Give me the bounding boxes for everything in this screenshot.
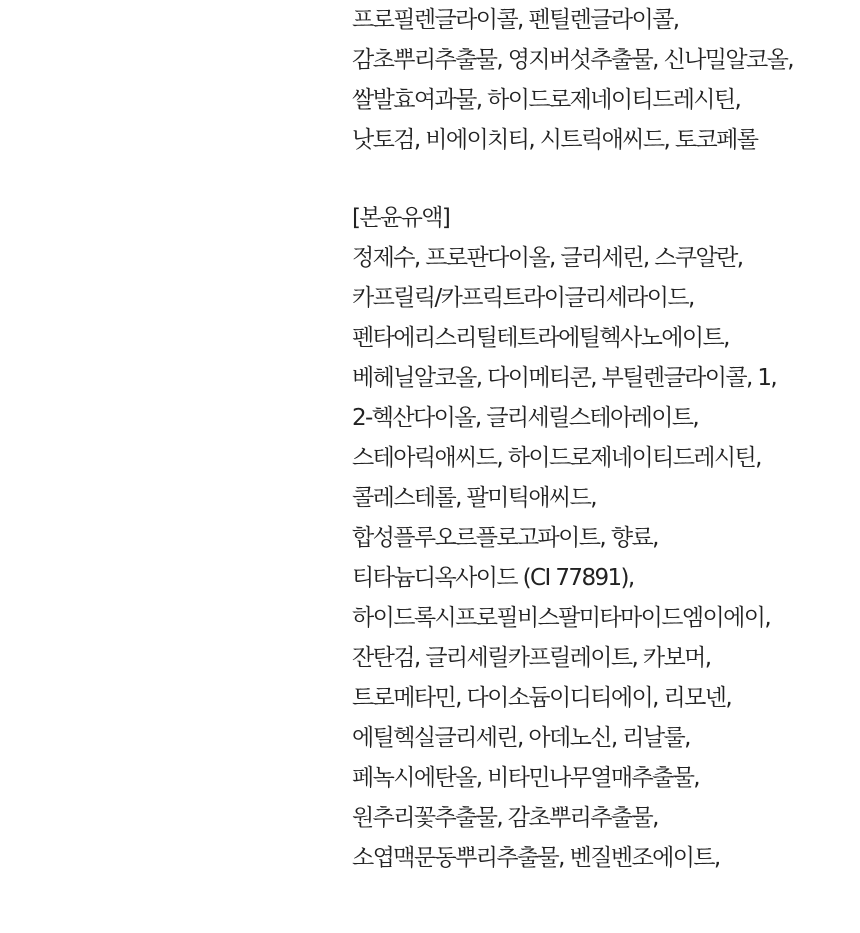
ingredient-section-1: 프로필렌글라이콜, 펜틸렌글라이콜, 감초뿌리추출물, 영지버섯추출물, 신나밀… bbox=[352, 0, 852, 160]
ingredient-line: 에틸헥실글리세린, 아데노신, 리날룰, bbox=[352, 718, 852, 758]
ingredient-line: 카프릴릭/카프릭트라이글리세라이드, bbox=[352, 278, 852, 318]
ingredient-line: 정제수, 프로판다이올, 글리세린, 스쿠알란, bbox=[352, 238, 852, 278]
ingredients-text: 프로필렌글라이콜, 펜틸렌글라이콜, 감초뿌리추출물, 영지버섯추출물, 신나밀… bbox=[352, 0, 852, 878]
ingredient-line: 하이드록시프로필비스팔미타마이드엠이에이, bbox=[352, 598, 852, 638]
ingredient-line: 잔탄검, 글리세릴카프릴레이트, 카보머, bbox=[352, 638, 852, 678]
ingredient-line: 합성플루오르플로고파이트, 향료, bbox=[352, 518, 852, 558]
section-spacer bbox=[352, 160, 852, 198]
ingredient-line: 베헤닐알코올, 다이메티콘, 부틸렌글라이콜, 1, bbox=[352, 358, 852, 398]
section-heading: [본윤유액] bbox=[352, 198, 852, 238]
ingredient-section-2: [본윤유액] 정제수, 프로판다이올, 글리세린, 스쿠알란, 카프릴릭/카프릭… bbox=[352, 198, 852, 878]
ingredient-line: 감초뿌리추출물, 영지버섯추출물, 신나밀알코올, bbox=[352, 40, 852, 80]
ingredient-line: 낫토검, 비에이치티, 시트릭애씨드, 토코페롤 bbox=[352, 120, 852, 160]
ingredient-line: 스테아릭애씨드, 하이드로제네이티드레시틴, bbox=[352, 438, 852, 478]
ingredient-line: 2-헥산다이올, 글리세릴스테아레이트, bbox=[352, 398, 852, 438]
ingredient-line: 트로메타민, 다이소듐이디티에이, 리모넨, bbox=[352, 678, 852, 718]
ingredient-line: 프로필렌글라이콜, 펜틸렌글라이콜, bbox=[352, 0, 852, 40]
ingredient-line: 원추리꽃추출물, 감초뿌리추출물, bbox=[352, 798, 852, 838]
ingredient-line: 티타늄디옥사이드 (CI 77891), bbox=[352, 558, 852, 598]
ingredient-line: 페녹시에탄올, 비타민나무열매추출물, bbox=[352, 758, 852, 798]
ingredient-line: 소엽맥문동뿌리추출물, 벤질벤조에이트, bbox=[352, 838, 852, 878]
ingredient-line: 콜레스테롤, 팔미틱애씨드, bbox=[352, 478, 852, 518]
ingredient-line: 펜타에리스리틸테트라에틸헥사노에이트, bbox=[352, 318, 852, 358]
ingredient-line: 쌀발효여과물, 하이드로제네이티드레시틴, bbox=[352, 80, 852, 120]
